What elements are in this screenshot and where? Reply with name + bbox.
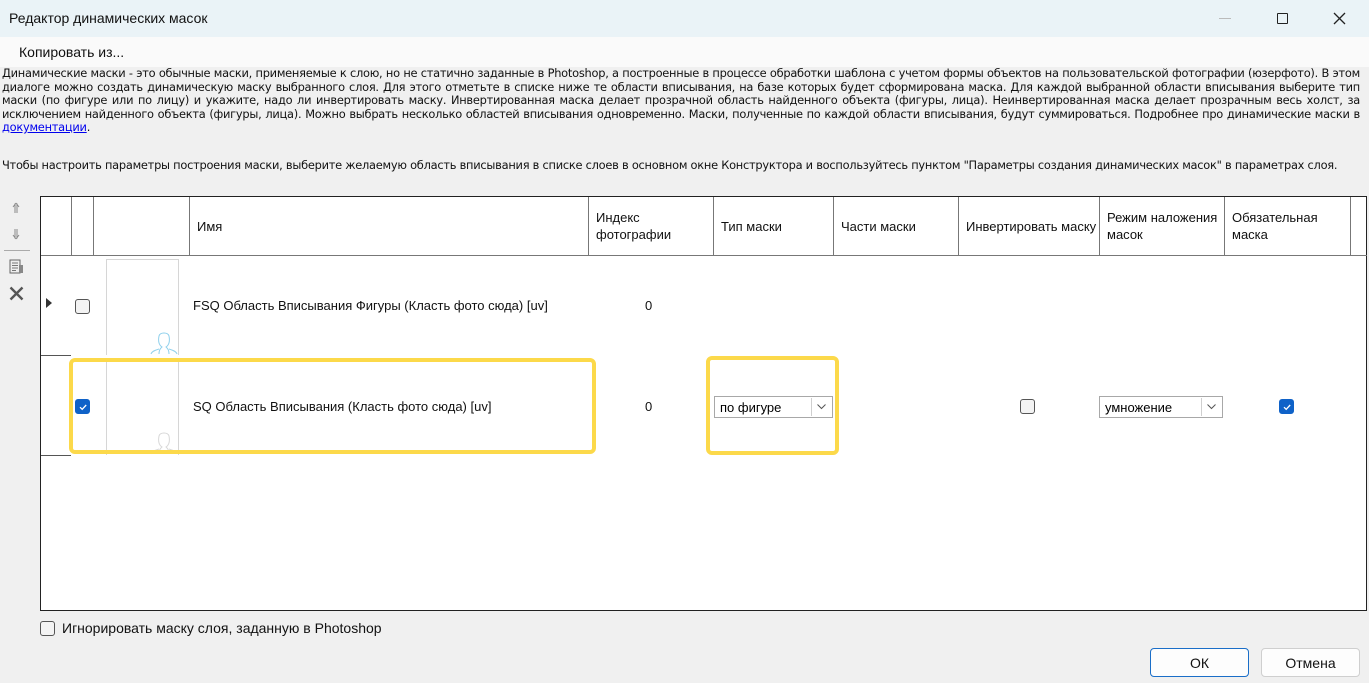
minimize-button[interactable] (1202, 0, 1248, 37)
chevron-down-icon[interactable] (811, 398, 831, 416)
column-header-mask-type[interactable]: Тип маски (714, 197, 834, 256)
maximize-button[interactable] (1259, 0, 1305, 37)
ok-button[interactable]: ОК (1150, 648, 1249, 677)
move-down-button[interactable] (2, 223, 30, 245)
column-header-mask-parts[interactable]: Части маски (834, 197, 959, 256)
maximize-icon (1277, 13, 1288, 24)
arrow-up-icon (12, 202, 20, 214)
move-up-button[interactable] (2, 197, 30, 219)
settings-hint-text: Чтобы настроить параметры построения мас… (2, 158, 1360, 172)
copy-from-menu[interactable]: Копировать из... (19, 44, 124, 60)
description-suffix: . (87, 120, 90, 134)
row-divider (41, 355, 71, 356)
layer-name: FSQ Область Вписывания Фигуры (Класть фо… (193, 298, 548, 313)
column-header-photo-index[interactable]: Индекс фотографии (589, 197, 714, 256)
close-icon (1333, 12, 1346, 25)
column-header-expand (41, 197, 72, 256)
description-text: Динамические маски - это обычные маски, … (2, 67, 1360, 135)
column-header-blend-mode[interactable]: Режим наложения масок (1100, 197, 1225, 256)
window-title: Редактор динамических масок (9, 10, 208, 26)
invert-mask-checkbox[interactable] (1020, 399, 1035, 414)
ignore-layer-mask-option[interactable]: Игнорировать маску слоя, заданную в Phot… (40, 620, 382, 636)
checkbox-unchecked[interactable] (75, 299, 90, 314)
arrow-down-icon (12, 228, 20, 240)
mask-type-value: по фигуре (720, 400, 781, 415)
chevron-down-icon[interactable] (1201, 398, 1221, 416)
checkbox-checked[interactable] (75, 399, 90, 414)
description-paragraph: Динамические маски - это обычные маски, … (2, 66, 1360, 121)
column-header-filler (1351, 197, 1367, 256)
menu-bar: Копировать из... (0, 37, 1369, 67)
check-icon (78, 402, 88, 412)
close-button[interactable] (1316, 0, 1362, 37)
expand-row-button[interactable] (46, 298, 52, 308)
checkbox-checked[interactable] (1279, 399, 1294, 414)
title-bar: Редактор динамических масок (0, 0, 1369, 37)
layer-thumbnail (106, 359, 179, 455)
user-silhouette-icon (150, 327, 178, 355)
delete-icon (9, 286, 24, 301)
toolbar-divider (4, 250, 30, 251)
checkbox-unchecked[interactable] (1020, 399, 1035, 414)
documentation-link[interactable]: документации (2, 120, 87, 134)
ignore-layer-mask-checkbox[interactable] (40, 621, 55, 636)
blend-mode-select[interactable]: умножение (1099, 396, 1223, 418)
expand-triangle-icon (46, 298, 52, 308)
user-silhouette-icon (150, 427, 178, 455)
row-checkbox[interactable] (75, 299, 90, 314)
cancel-button[interactable]: Отмена (1261, 648, 1360, 677)
delete-button[interactable] (2, 282, 30, 304)
photo-index: 0 (645, 298, 652, 313)
layer-name: SQ Область Вписывания (Класть фото сюда)… (193, 399, 491, 414)
row-checkbox[interactable] (75, 399, 90, 414)
column-header-thumbnail (94, 197, 190, 256)
column-header-invert-mask[interactable]: Инвертировать маску (959, 197, 1100, 256)
mask-type-select[interactable]: по фигуре (714, 396, 833, 418)
row-divider (41, 455, 71, 456)
blend-mode-value: умножение (1105, 400, 1172, 415)
check-icon (1282, 402, 1292, 412)
photo-index: 0 (645, 399, 652, 414)
column-header-name[interactable]: Имя (190, 197, 589, 256)
properties-button[interactable] (2, 256, 30, 278)
dynamic-mask-grid[interactable]: Имя Индекс фотографии Тип маски Части ма… (40, 196, 1367, 611)
column-header-required-mask[interactable]: Обязательная маска (1225, 197, 1351, 256)
properties-icon (8, 259, 24, 275)
required-mask-checkbox[interactable] (1279, 399, 1294, 414)
ignore-layer-mask-label[interactable]: Игнорировать маску слоя, заданную в Phot… (62, 620, 382, 636)
column-header-check (72, 197, 94, 256)
layer-thumbnail (106, 259, 179, 355)
minimize-icon (1219, 18, 1231, 19)
